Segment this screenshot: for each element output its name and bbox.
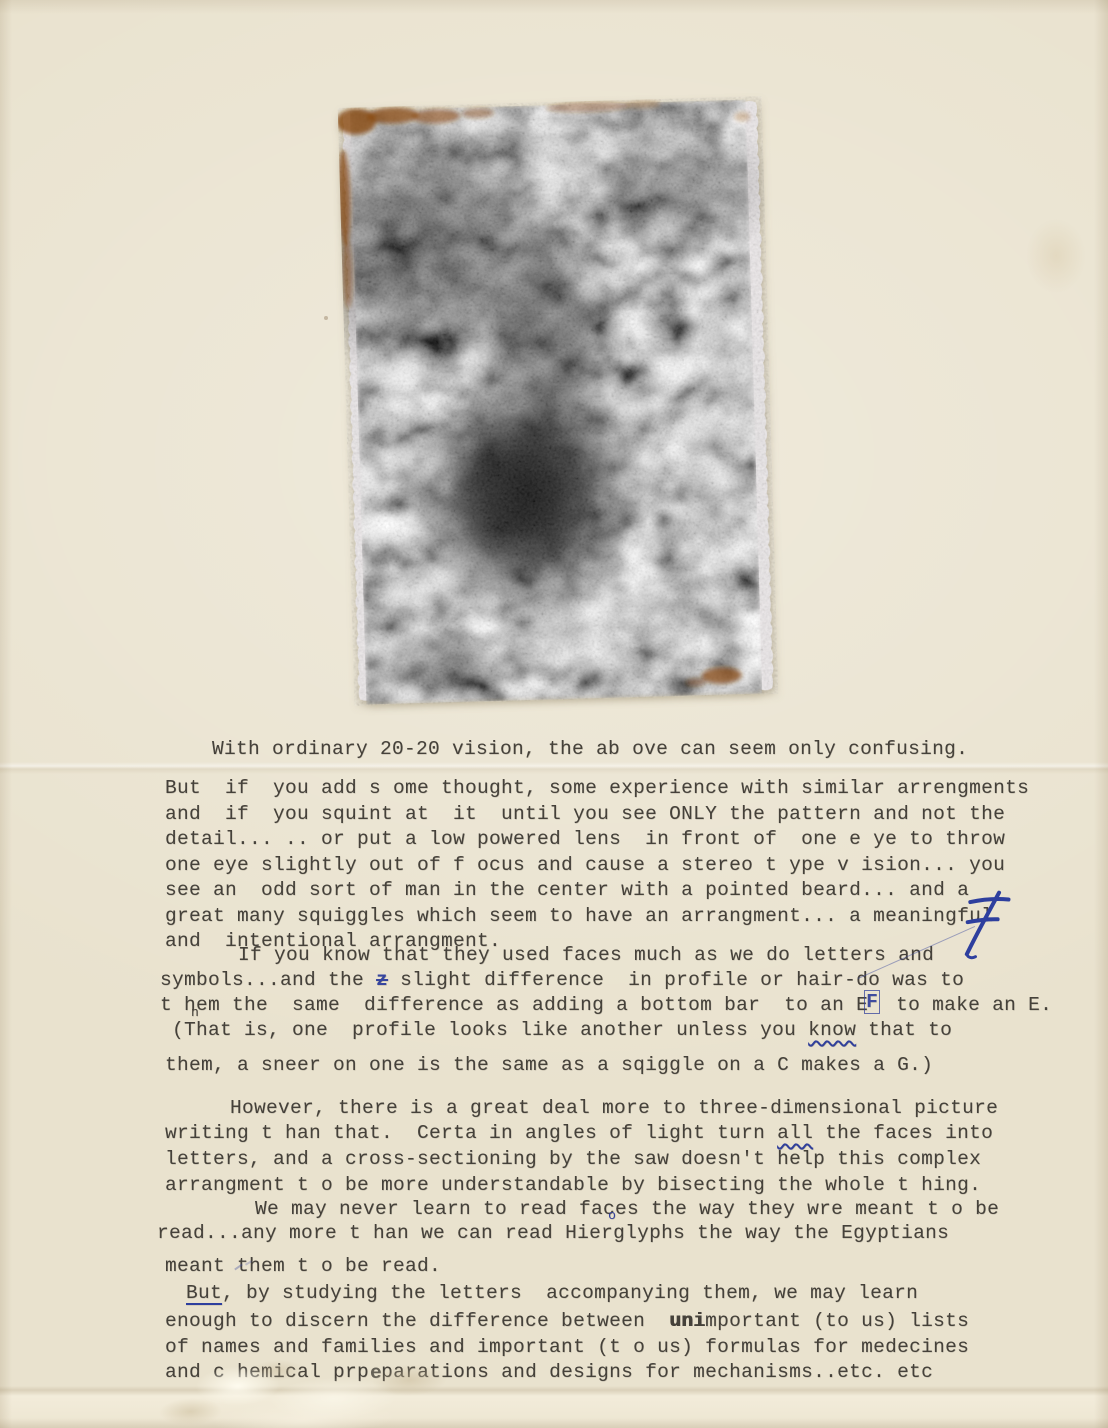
typed-line: detail... .. or put a low powered lens i…: [165, 827, 1005, 851]
photo-graphic: [338, 96, 779, 706]
typed-line: them, a sneer on one is the same as a sq…: [165, 1053, 933, 1077]
typed-line: We may never learn to read faces the way…: [255, 1197, 999, 1221]
typed-line: t hem the same difference as adding a bo…: [160, 993, 1052, 1017]
inserted-character: o: [608, 1209, 616, 1222]
typed-line: writing t han that. Certa in angles of l…: [165, 1121, 993, 1145]
typed-line: (Tnhat is, one profile looks like anothe…: [172, 1018, 952, 1042]
faint-margin-stain: [1016, 206, 1096, 306]
typed-line: symbols...and the z slight difference in…: [160, 968, 964, 992]
typed-line: one eye slightly out of f ocus and cause…: [165, 853, 1005, 877]
crumpled-paper-damage: [147, 1347, 559, 1428]
typed-line: With ordinary 20-20 vision, the ab ove c…: [212, 737, 968, 761]
typed-line: If you know that they used faces much as…: [238, 943, 934, 967]
typed-line: and if you squint at it until you see ON…: [165, 802, 1005, 826]
typed-line: However, there is a great deal more to t…: [230, 1096, 998, 1120]
typed-line: arrangment t o be more understandable by…: [165, 1173, 981, 1197]
typed-line: But if you add s ome thought, some exper…: [165, 776, 1029, 800]
typed-line: letters, and a cross-sectioning by the s…: [165, 1147, 981, 1171]
typed-line: great many squiggles which seem to have …: [165, 904, 993, 928]
typed-line: meant them t o be read.: [165, 1254, 441, 1278]
typed-line: see an odd sort of man in the center wit…: [165, 878, 969, 902]
typed-line: But, by studying the letters accompanyin…: [186, 1281, 918, 1305]
photo-image: [338, 96, 779, 706]
paper-speck: [324, 316, 328, 320]
ink-correction-overlay: F: [864, 990, 880, 1014]
inserted-character: n: [191, 1006, 199, 1019]
attached-photograph: [338, 96, 779, 706]
typed-line: read...any more t han we can read Hierog…: [157, 1221, 949, 1245]
scanned-letter-page: With ordinary 20-20 vision, the ab ove c…: [0, 0, 1108, 1428]
typed-line: enough to discern the difference between…: [165, 1309, 969, 1333]
